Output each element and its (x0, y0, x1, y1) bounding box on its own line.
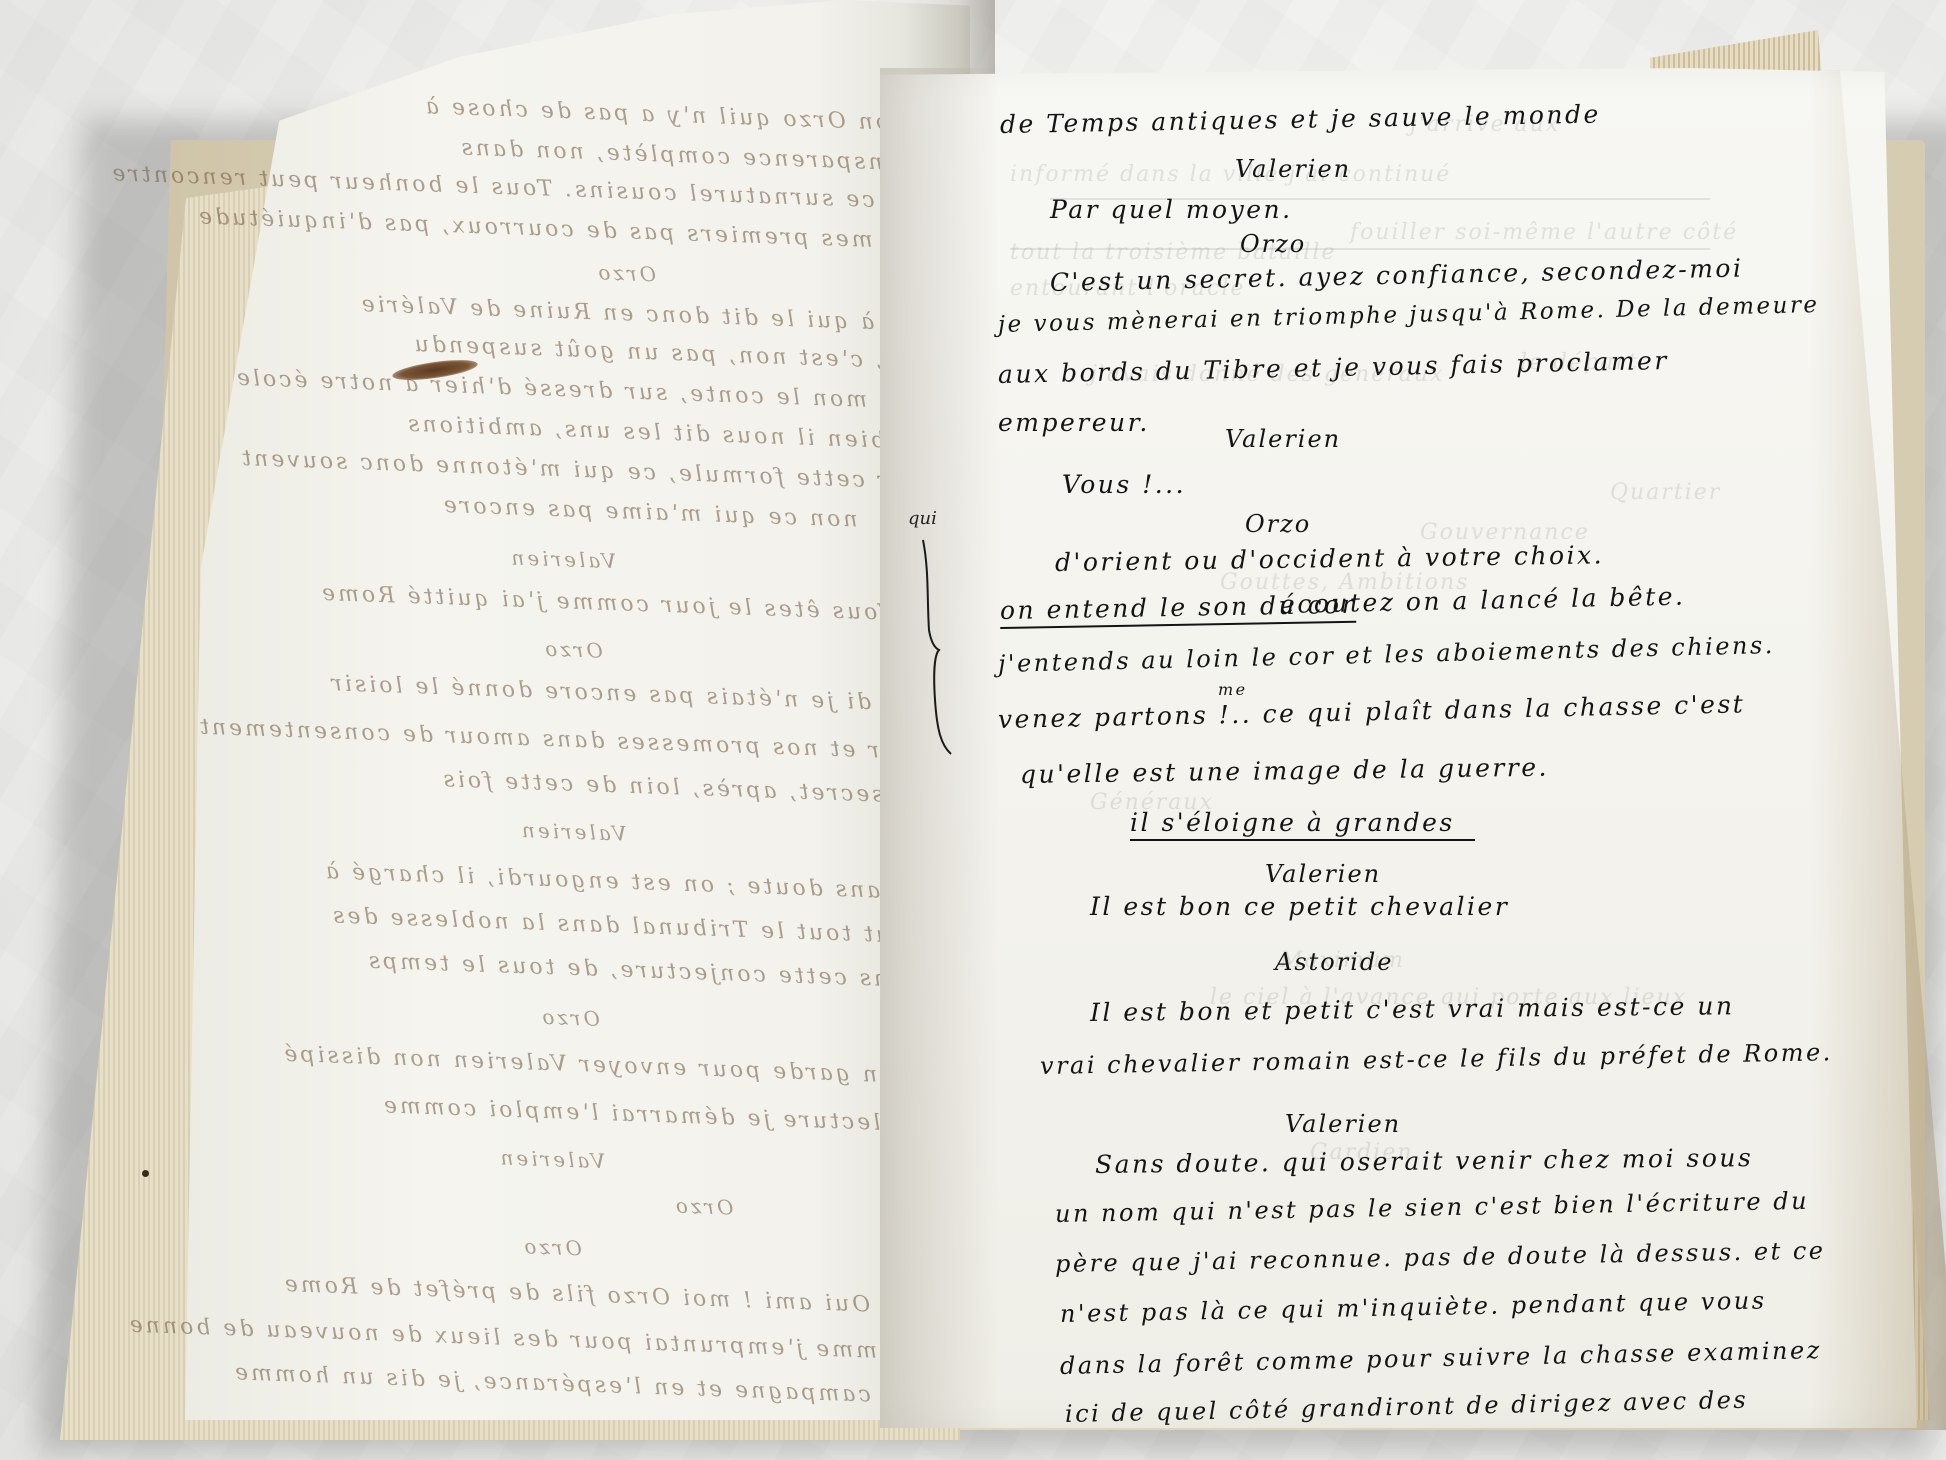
manuscript-line: venez partons !.. ce qui plaît dans la c… (998, 689, 1746, 734)
manuscript-line: d'orient ou d'occident à votre choix. (1055, 540, 1604, 577)
interlinear-insertion: me (1218, 680, 1248, 699)
stage-direction: il s'éloigne à grandes (1130, 808, 1475, 841)
manuscript-line: dans la forêt comme pour suivre la chass… (1060, 1336, 1822, 1380)
speaker-name: Valerien (1235, 155, 1351, 183)
manuscript-line: aux bords du Tibre et je vous fais procl… (998, 346, 1669, 389)
manuscript-line: Il est bon et petit c'est vrai mais est-… (1090, 991, 1735, 1027)
manuscript-line: père que j'ai reconnue. pas de doute là … (1055, 1237, 1826, 1278)
manuscript-line: empereur. (998, 408, 1150, 437)
speaker-name: Orzo (1245, 510, 1311, 538)
manuscript-text: de Temps antiques et je sauve le monde V… (0, 0, 1946, 1460)
manuscript-line: de Temps antiques et je sauve le monde (1000, 100, 1601, 139)
manuscript-line: vrai chevalier romain est-ce le fils du … (1040, 1038, 1833, 1080)
speaker-name: Astoride (1275, 948, 1393, 976)
manuscript-line: C'est un secret. ayez confiance, seconde… (1050, 253, 1744, 297)
manuscript-line: Il est bon ce petit chevalier (1090, 892, 1509, 921)
manuscript-line: je vous mènerai en triomphe jusqu'à Rome… (998, 292, 1820, 338)
manuscript-line: Sans doute. qui oserait venir chez moi s… (1095, 1143, 1754, 1179)
manuscript-line: Vous !... (1062, 470, 1186, 499)
speaker-name: Valerien (1285, 1110, 1401, 1138)
margin-brace-icon (915, 530, 955, 760)
manuscript-line: qu'elle est une image de la guerre. (1020, 753, 1549, 789)
manuscript-line: n'est pas là ce qui m'inquiète. pendant … (1060, 1286, 1767, 1328)
speaker-name: Valerien (1265, 860, 1381, 888)
manuscript-line: ici de quel côté grandiront de dirigez a… (1065, 1386, 1749, 1428)
speaker-name: Orzo (1240, 230, 1306, 258)
manuscript-line: écoutez on a lancé la bête. (1280, 582, 1686, 619)
manuscript-line: un nom qui n'est pas le sien c'est bien … (1055, 1187, 1810, 1228)
manuscript-line: j'entends au loin le cor et les aboiemen… (998, 631, 1776, 678)
margin-note: qui (908, 508, 937, 529)
manuscript-line: Par quel moyen. (1050, 195, 1293, 224)
speaker-name: Valerien (1225, 425, 1341, 453)
